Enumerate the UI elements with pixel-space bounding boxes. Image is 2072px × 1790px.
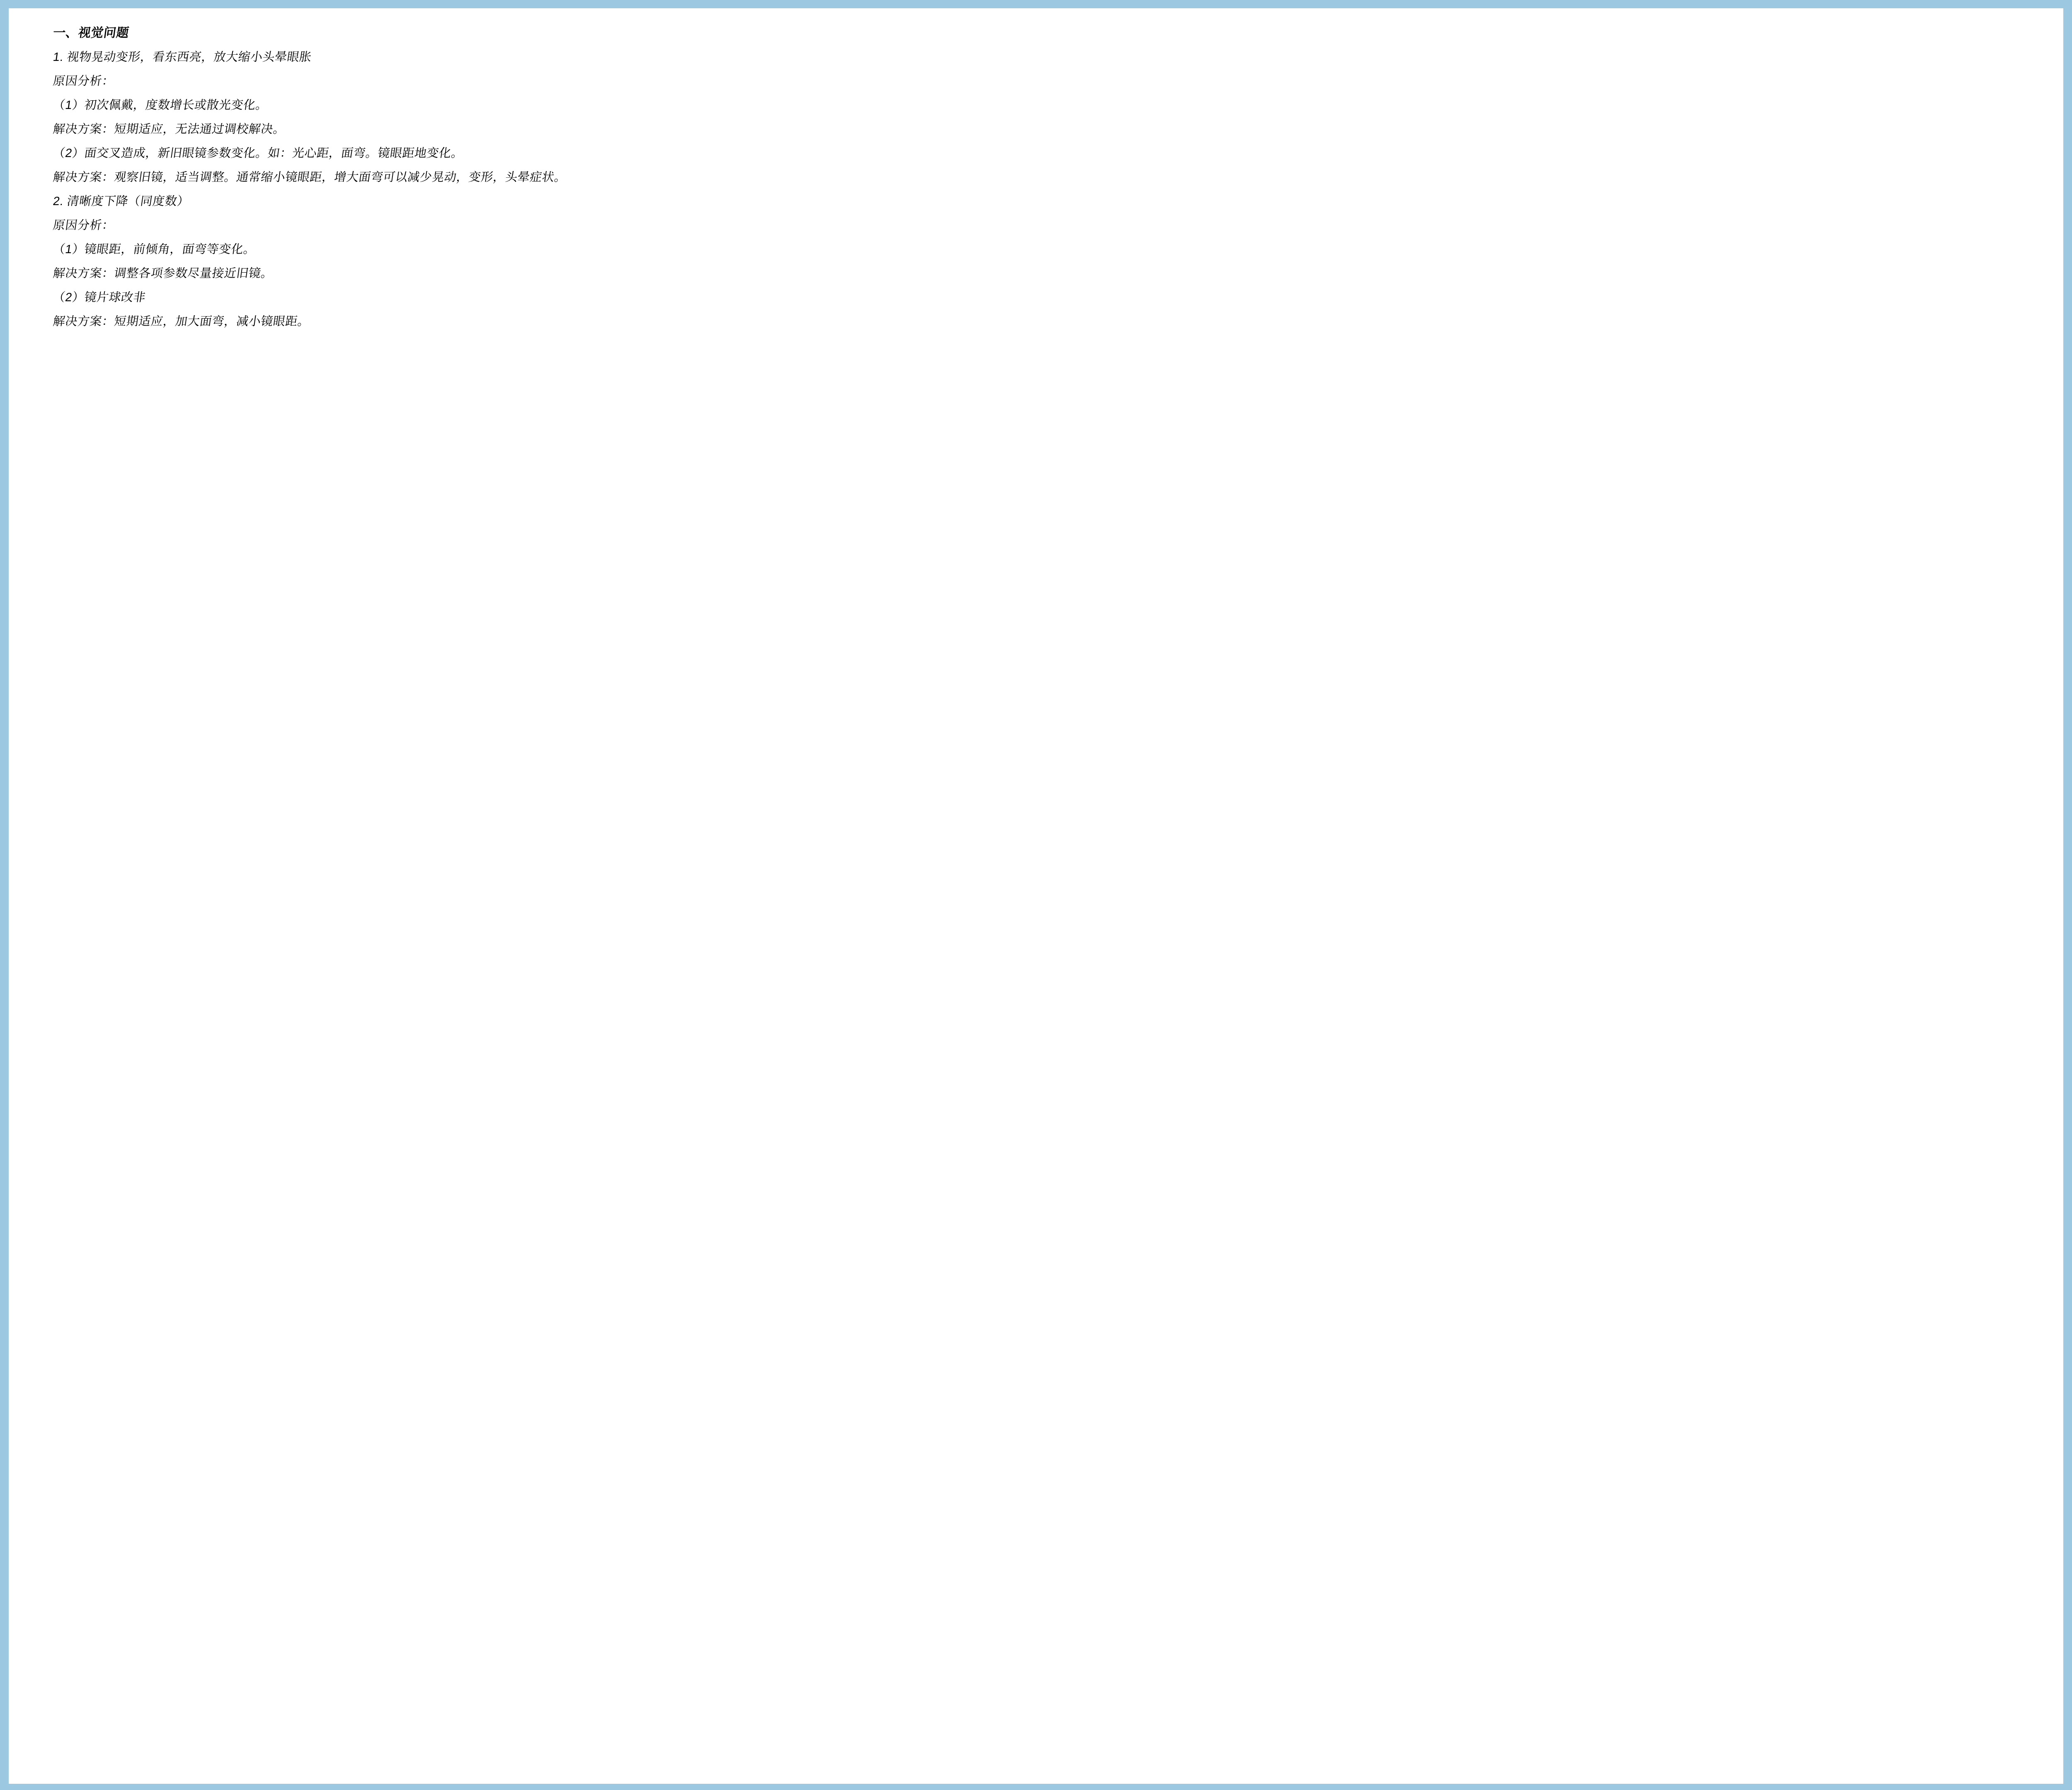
text-line: （1）镜眼距，前倾角，面弯等变化。: [51, 237, 637, 261]
text-line: （2）面交叉造成，新旧眼镜参数变化。如：光心距，面弯。镜眼距地变化。: [51, 141, 637, 165]
text-line: 解决方案：调整各项参数尽量接近旧镜。: [51, 261, 637, 285]
text-line: 1. 视物晃动变形，看东西亮，放大缩小头晕眼胀: [51, 45, 637, 69]
text-line: 2. 清晰度下降（同度数）: [51, 189, 637, 213]
text-line: 原因分析：: [51, 213, 637, 237]
text-line: 解决方案：短期适应，加大面弯，减小镜眼距。: [51, 310, 637, 334]
text-line: （1）初次佩戴，度数增长或散光变化。: [51, 93, 637, 117]
text-line: （2）镜片球改非: [51, 285, 637, 310]
text-line: 解决方案：观察旧镜，适当调整。通常缩小镜眼距，增大面弯可以减少晃动，变形，头晕症…: [51, 165, 637, 189]
text-line: 原因分析：: [51, 69, 637, 93]
text-block: 一、视觉问题 1. 视物晃动变形，看东西亮，放大缩小头晕眼胀原因分析：（1）初次…: [51, 21, 637, 334]
text-lines: 1. 视物晃动变形，看东西亮，放大缩小头晕眼胀原因分析：（1）初次佩戴，度数增长…: [51, 45, 637, 334]
text-line: 解决方案：短期适应，无法通过调校解决。: [51, 117, 637, 141]
slide-title: 一、视觉问题: [51, 21, 637, 45]
slide-content-area: 一、视觉问题 1. 视物晃动变形，看东西亮，放大缩小头晕眼胀原因分析：（1）初次…: [9, 8, 637, 358]
